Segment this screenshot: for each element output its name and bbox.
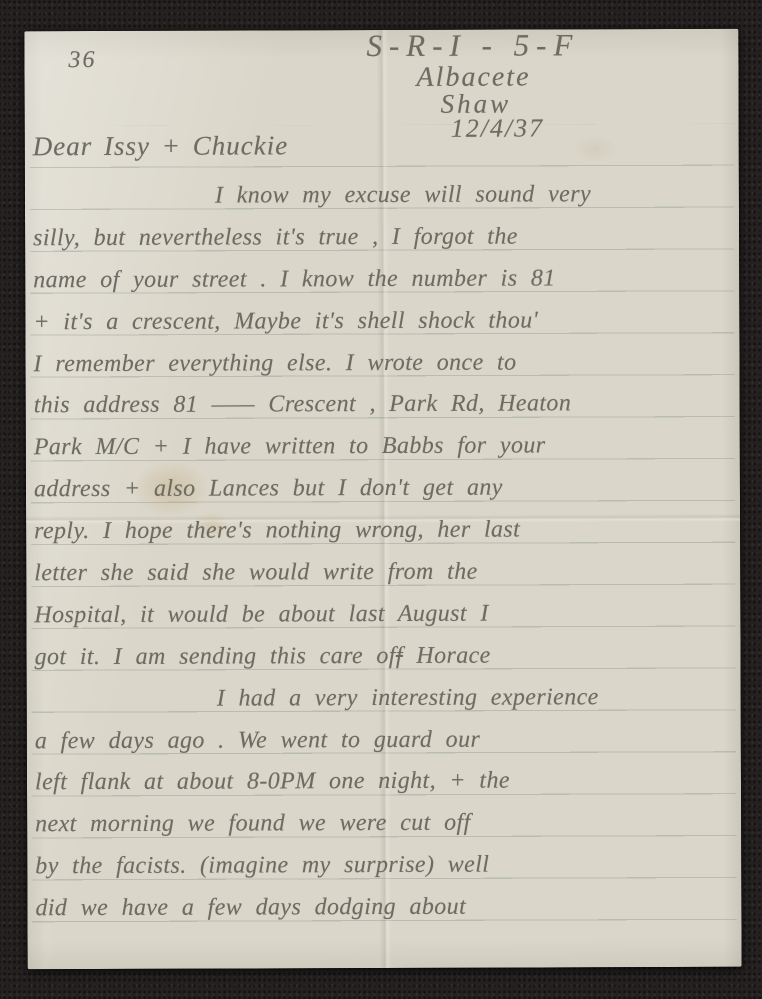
letter-line: Hospital, it would be about last August … [34, 593, 738, 637]
letter-line-with-correction: got it. I am sending this care off Horac… [34, 635, 738, 679]
header-date: 12/4/37 [451, 113, 545, 143]
letter-line: letter she said she would write from the [34, 551, 738, 595]
letter-line: I remember everything else. I wrote once… [33, 341, 737, 385]
letter-line: next morning we found we were cut off [35, 802, 739, 846]
letter-sheet: 36 S-R-I - 5-F Albacete Shaw 12/4/37 Dea… [24, 29, 741, 969]
letter-line: name of your street . I know the number … [33, 258, 737, 302]
letter-line: silly, but nevertheless it's true , I fo… [33, 216, 737, 260]
header-unit-code: S-R-I - 5-F [366, 27, 579, 64]
letter-line: reply. I hope there's nothing wrong, her… [34, 509, 738, 553]
line-text-after-strike: Horace [403, 642, 491, 668]
letter-line: this address 81 —— Crescent , Park Rd, H… [34, 383, 738, 427]
letter-body: I know my excuse will sound very silly, … [33, 174, 740, 930]
letter-line: I had a very interesting experience [35, 676, 739, 720]
letter-line: did we have a few days dodging about [35, 886, 739, 930]
page-number: 36 [68, 47, 96, 74]
letter-line: a few days ago . We went to guard our [35, 718, 739, 762]
salutation: Dear Issy + Chuckie [33, 130, 289, 162]
letter-line: I know my excuse will sound very [33, 174, 737, 218]
letter-line: by the facists. (imagine my surprise) we… [35, 844, 739, 888]
letter-line: Park M/C + I have written to Babbs for y… [34, 425, 738, 469]
letter-line: + it's a crescent, Maybe it's shell shoc… [33, 299, 737, 343]
letter-line: left flank at about 8-0PM one night, + t… [35, 760, 739, 804]
letter-line: address + also Lances but I don't get an… [34, 467, 738, 511]
line-text-before-strike: got it. I am sending this care of [35, 643, 396, 670]
